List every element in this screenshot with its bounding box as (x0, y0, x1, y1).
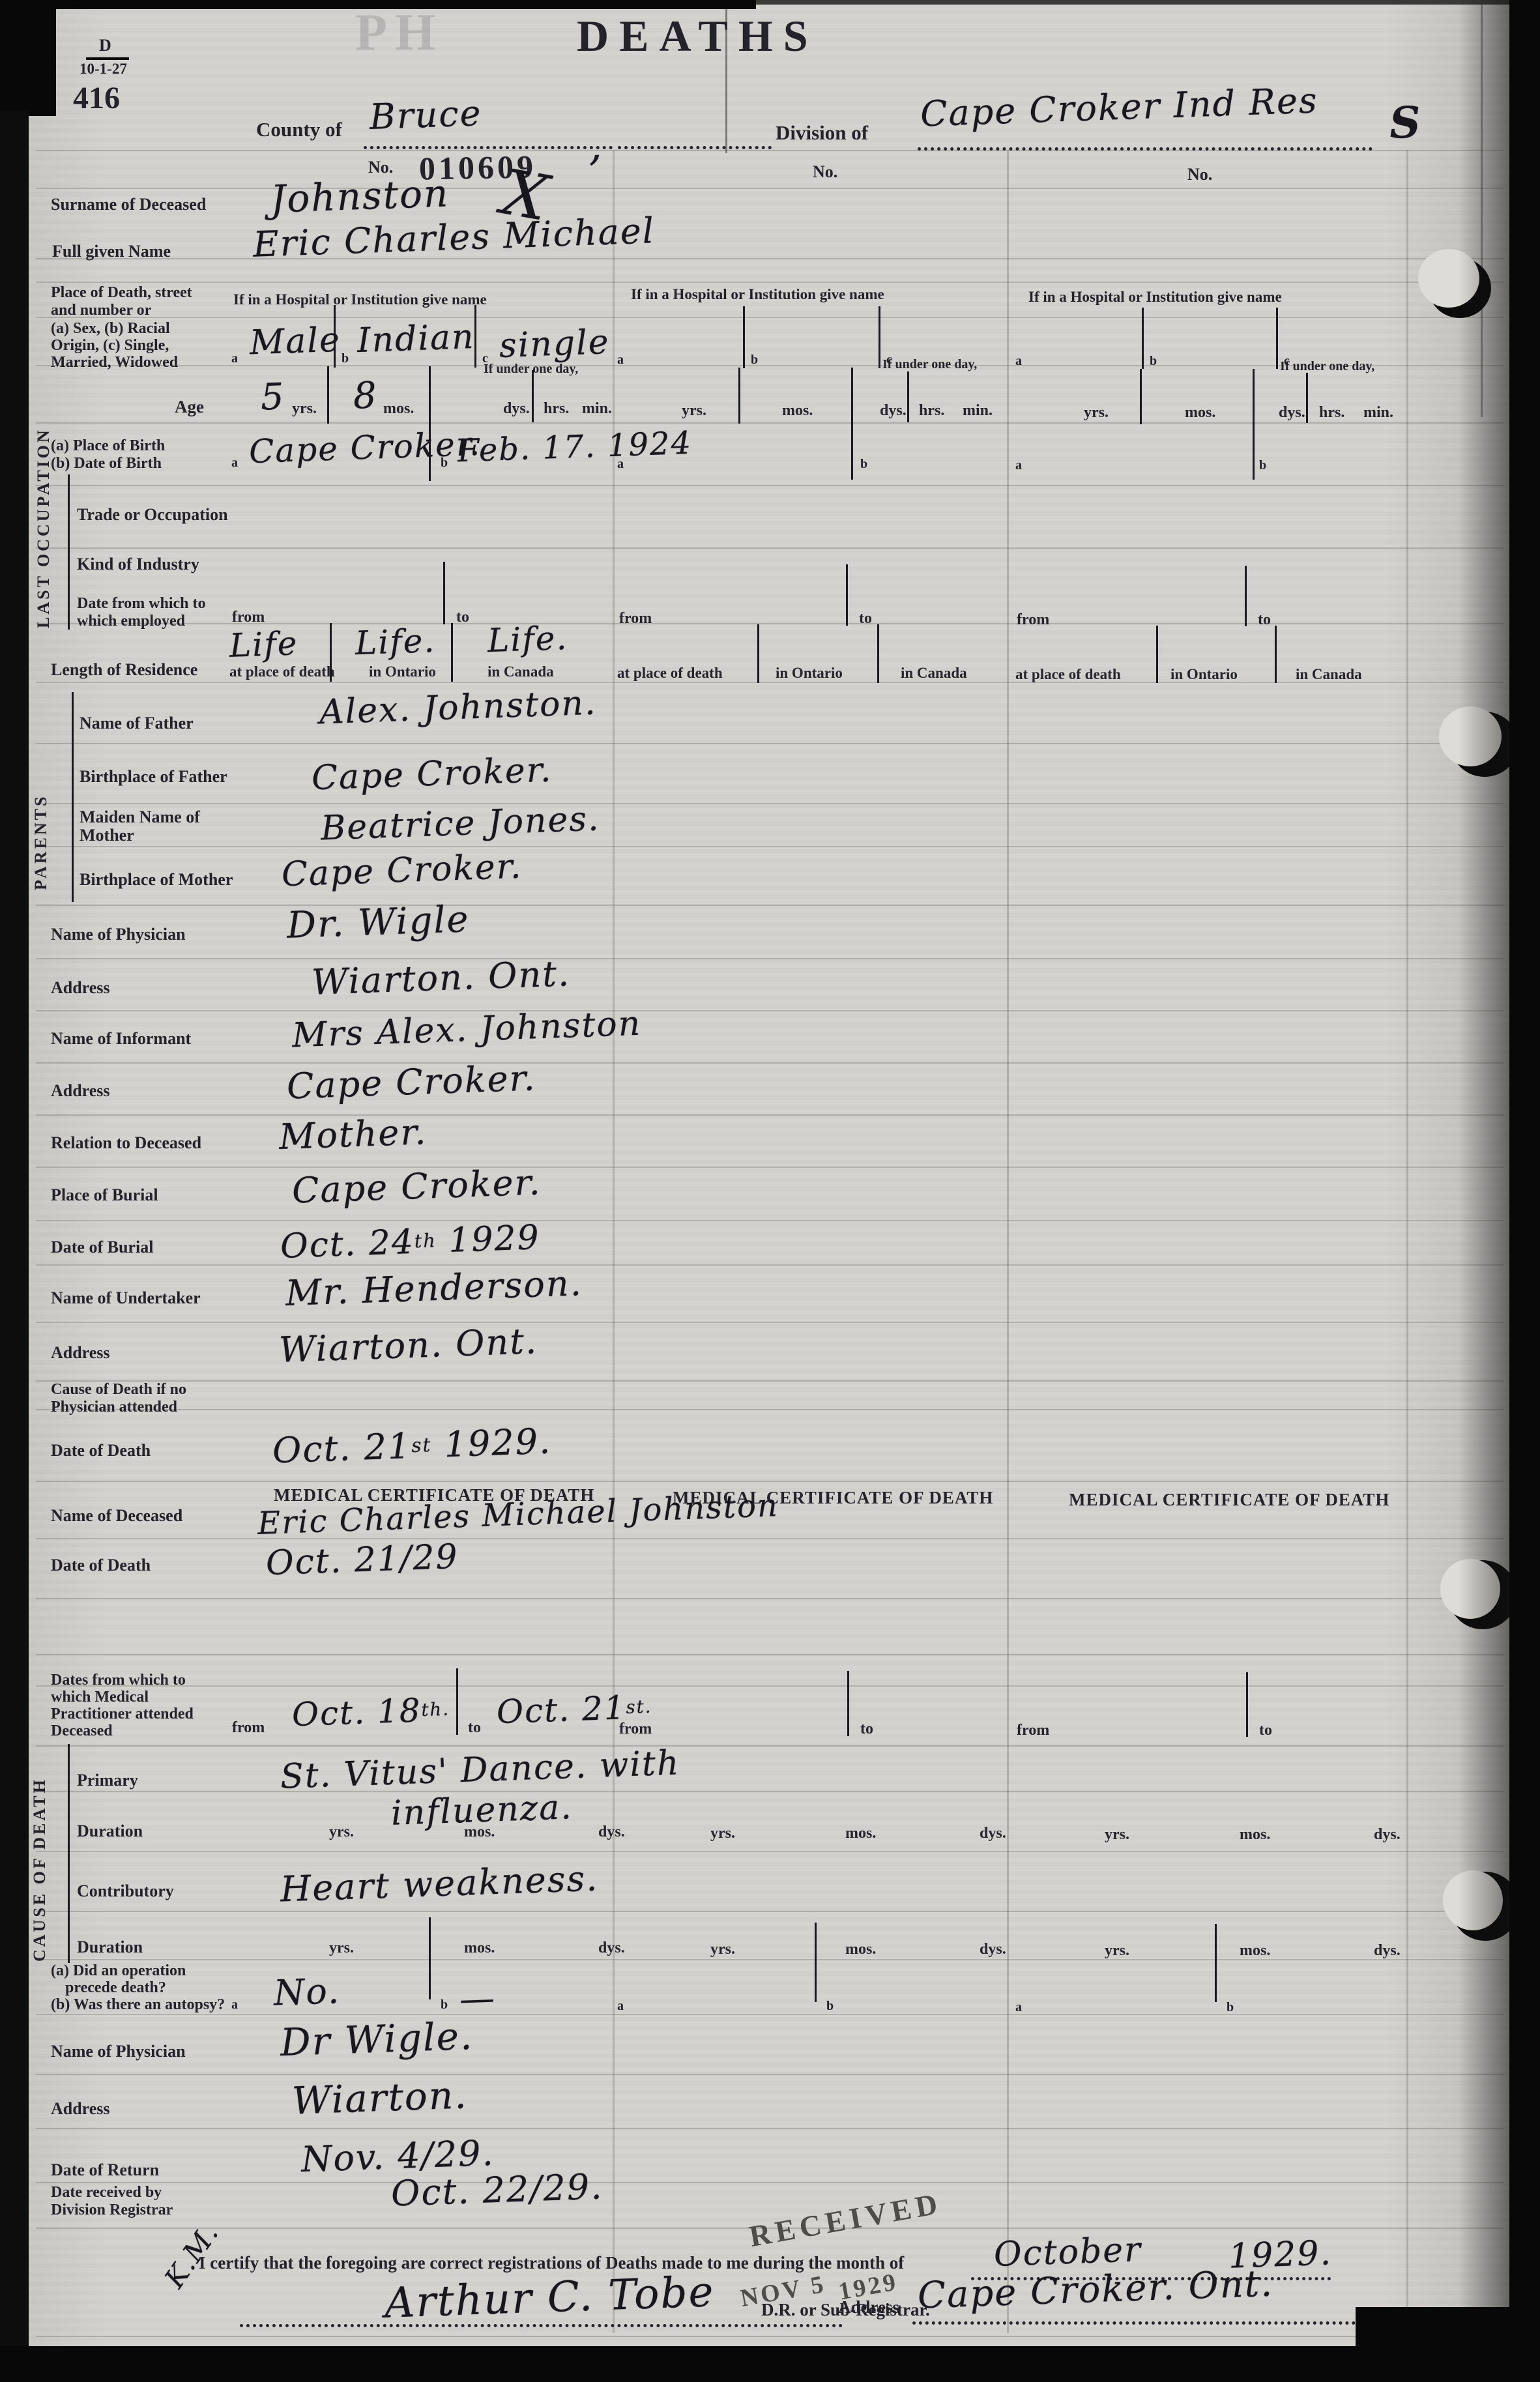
duration-label: Duration (77, 1822, 143, 1840)
unit-in-canada: in Canada (487, 663, 554, 680)
unit-mos: mos. (464, 1823, 495, 1841)
unit-dys: dys. (980, 1941, 1006, 1958)
column-tick (1156, 626, 1158, 683)
unit-dys: dys. (598, 1823, 625, 1841)
rule-line (36, 846, 1504, 847)
contributory-label: Contributory (77, 1882, 174, 1900)
dotted-line (240, 2324, 843, 2327)
attended-from-main: Oct. 18 (291, 1691, 422, 1734)
marker-b: b (441, 456, 448, 470)
unit-dys: dys. (503, 400, 530, 418)
marker-a: a (1015, 459, 1022, 472)
cert-deceased-label: Name of Deceased (51, 1507, 182, 1524)
county-value: Bruce (369, 96, 482, 135)
rule-line (36, 2182, 1504, 2183)
surname-value: Johnston (270, 174, 450, 218)
column-tick (1276, 308, 1278, 369)
column-tick (757, 624, 759, 683)
section-parents: PARENTS (31, 756, 51, 890)
primary-cause-value: St. Vitus' Dance. with (280, 1746, 680, 1794)
mother-maiden-value: Beatrice Jones. (320, 802, 600, 846)
county-label: County of (256, 119, 342, 141)
residence-place-value: Life (229, 627, 298, 662)
unit-mos: mos. (383, 400, 414, 418)
rule-line (36, 1538, 1504, 1539)
death-date-label: Date of Death (51, 1442, 151, 1459)
undertaker-address-value: Wiarton. Ont. (278, 1324, 538, 1368)
rule-line (36, 1598, 1504, 1599)
column-tick (1246, 1672, 1248, 1737)
column-tick (1306, 373, 1308, 423)
column-tick (851, 368, 853, 480)
column-tick (1215, 1924, 1217, 2002)
column-tick (1275, 626, 1277, 683)
death-date-value: Oct. 21st 1929. (272, 1424, 552, 1469)
attended-from-value: Oct. 18th. (291, 1693, 450, 1731)
rule-line (36, 905, 1504, 906)
scan-edge-bottom (0, 2346, 1540, 2382)
undertaker-value: Mr. Henderson. (285, 1266, 583, 1311)
unit-dys: dys. (1374, 1942, 1401, 1960)
death-date-suffix: st (411, 1434, 432, 1457)
cert-death-date-value: Oct. 21/29 (265, 1540, 459, 1580)
father-label: Name of Father (80, 714, 194, 732)
under-one-day-note: If under one day, (484, 362, 578, 376)
burial-date-year: 1929 (448, 1218, 540, 1260)
certificate-header-col3: MEDICAL CERTIFICATE OF DEATH (1069, 1490, 1389, 1509)
marker-a: a (1015, 2001, 1022, 2014)
rule-line (36, 1911, 1504, 1912)
marker-b: b (441, 1998, 448, 2012)
form-code-denominator: 10-1-27 (80, 61, 127, 77)
rule-line (36, 1322, 1504, 1323)
column-tick (815, 1923, 817, 2002)
column-tick (1245, 566, 1247, 626)
column-tick (879, 306, 880, 368)
cert-death-date-label: Date of Death (51, 1556, 151, 1574)
marker-a: a (1015, 355, 1022, 368)
residence-ontario-value: Life. (355, 624, 436, 660)
industry-label: Kind of Industry (77, 555, 199, 573)
marker-b: b (341, 352, 349, 366)
duration-label: Duration (77, 1938, 143, 1956)
return-date-label: Date of Return (51, 2161, 159, 2179)
physician-label: Name of Physician (51, 925, 186, 943)
unit-hrs: hrs. (1319, 404, 1344, 422)
unit-mos: mos. (845, 1825, 876, 1842)
sex-label: Married, Widowed (51, 355, 178, 371)
attended-label: which Medical (51, 1689, 149, 1706)
physician-address-label: Address (51, 979, 110, 996)
age-label: Age (175, 398, 204, 416)
rule-line (36, 1264, 1504, 1266)
under-one-day-note: If under one day, (882, 358, 977, 371)
unit-in-ontario: in Ontario (1170, 666, 1238, 683)
column-tick (474, 305, 476, 368)
marker-a: a (617, 458, 624, 471)
page-number: 416 (73, 82, 120, 115)
unit-at-place-of-death: at place of death (617, 665, 723, 682)
rule-line (36, 1685, 1504, 1687)
rule-line (36, 1167, 1504, 1168)
rule-line (36, 485, 1504, 486)
death-date-main: Oct. 21 (272, 1425, 412, 1471)
unit-yrs: yrs. (329, 1939, 354, 1957)
rule-line (36, 958, 1504, 959)
rule-line (36, 1654, 1504, 1655)
marker-a: a (231, 352, 238, 366)
burial-date-value: Oct. 24th 1929 (280, 1221, 540, 1264)
form-code-bar (86, 57, 129, 60)
operation-label: (b) Was there an autopsy? (51, 1997, 225, 2013)
unit-dys: dys. (1374, 1826, 1401, 1844)
marker-b: b (1150, 355, 1157, 368)
given-name-value: Eric Charles Michael (252, 213, 656, 263)
registrar-signature: Arthur C. Tobe (384, 2271, 715, 2325)
place-of-death-label: and number or (51, 302, 151, 319)
cert-physician-label: Name of Physician (51, 2042, 186, 2060)
column-tick (1253, 369, 1255, 480)
column-tick (334, 305, 336, 368)
unit-from: from (1017, 1722, 1049, 1739)
unit-in-ontario: in Ontario (776, 665, 843, 682)
father-value: Alex. Johnston. (319, 686, 597, 730)
trade-label: Trade or Occupation (77, 506, 228, 523)
scan-edge-left (0, 111, 29, 2382)
form-code-numerator: D (99, 36, 111, 54)
received-date-label: Date received by (51, 2185, 162, 2201)
received-date-value: Oct. 22/29. (390, 2169, 603, 2211)
sex-label: (a) Sex, (b) Racial (51, 321, 170, 337)
column-tick (451, 623, 453, 682)
informant-address-value: Cape Croker. (286, 1060, 536, 1104)
under-one-day-note: If under one day, (1280, 360, 1374, 373)
birth-label: (b) Date of Birth (51, 456, 162, 472)
rule-line (36, 2074, 1504, 2075)
rule-line (36, 282, 1504, 283)
column-crease (613, 150, 615, 2333)
dotted-line (918, 147, 1373, 151)
unit-to: to (1258, 611, 1271, 629)
father-birthplace-label: Birthplace of Father (80, 768, 227, 785)
unit-at-place-of-death: at place of death (229, 663, 335, 680)
unit-from: from (619, 610, 652, 628)
scan-edge-right (1509, 0, 1540, 2382)
rule-line (36, 1745, 1504, 1747)
column-crease (1406, 150, 1408, 2333)
dotted-line (912, 2321, 1356, 2325)
rule-line (36, 743, 1504, 744)
mother-birthplace-label: Birthplace of Mother (80, 871, 233, 888)
column-tick (330, 623, 332, 682)
marker-a: a (231, 1998, 238, 2012)
rule-line (36, 1114, 1504, 1116)
column-tick (443, 562, 445, 624)
father-birthplace-value: Cape Croker. (311, 753, 553, 796)
unit-yrs: yrs. (1105, 1826, 1129, 1844)
given-name-label: Full given Name (52, 242, 171, 260)
rule-line (36, 682, 1504, 683)
death-register-page: D 10-1-27 416 PH DEATHS County of Bruce … (0, 0, 1540, 2382)
section-bar (68, 474, 70, 630)
informant-label: Name of Informant (51, 1030, 191, 1047)
rule-line (36, 1851, 1504, 1852)
burial-place-label: Place of Burial (51, 1186, 158, 1204)
age-years-value: 5 (260, 379, 286, 416)
unit-yrs: yrs. (710, 1941, 735, 1958)
scan-edge-top-right (756, 0, 1540, 5)
unit-yrs: yrs. (682, 402, 706, 420)
scan-edge-right-gradient (1459, 0, 1515, 2382)
marker-a: a (231, 456, 238, 470)
unit-to: to (859, 610, 872, 628)
unit-in-canada: in Canada (1296, 666, 1362, 683)
operation-label: (a) Did an operation (51, 1963, 186, 1979)
residence-canada-value: Life. (487, 622, 568, 657)
birthdate-value: Feb. 17. 1924 (457, 428, 693, 467)
column-tick (429, 1917, 431, 1999)
burial-place-value: Cape Croker. (291, 1165, 542, 1208)
marker-a: a (617, 1999, 624, 2013)
unit-hrs: hrs. (544, 400, 569, 418)
unit-in-ontario: in Ontario (369, 663, 436, 680)
section-bar (72, 692, 74, 902)
attended-to-suffix: st. (626, 1696, 652, 1718)
section-cause-of-death: CAUSE OF DEATH (30, 1760, 50, 1962)
marker-b: b (1227, 2001, 1234, 2014)
column-tick (456, 1668, 458, 1735)
rule-line (36, 1481, 1504, 1482)
unit-dys: dys. (880, 402, 907, 420)
rule-line (36, 803, 1504, 804)
mother-maiden-label: Maiden Name of (80, 808, 200, 826)
unit-at-place-of-death: at place of death (1015, 666, 1121, 683)
unit-yrs: yrs. (1084, 404, 1109, 422)
marker-b: b (826, 1999, 834, 2013)
rule-line (36, 1409, 1504, 1410)
unit-to: to (468, 1719, 481, 1737)
cert-address-label: Address (51, 2100, 110, 2117)
rule-line (36, 1791, 1504, 1792)
division-value: Cape Croker Ind Res (920, 83, 1318, 132)
cause-no-physician-label: Physician attended (51, 1399, 177, 1416)
rule-line (36, 1062, 1504, 1064)
rule-line (36, 1959, 1504, 1960)
certify-statement: I certify that the foregoing are correct… (199, 2254, 904, 2272)
ink-flourish: S (1389, 100, 1423, 145)
rule-line (36, 188, 1504, 189)
rule-line (36, 1010, 1504, 1011)
no-label-col2: No. (813, 163, 837, 181)
unit-yrs: yrs. (710, 1825, 735, 1842)
informant-value: Mrs Alex. Johnston (291, 1007, 642, 1053)
unit-yrs: yrs. (329, 1823, 354, 1841)
attended-to-main: Oct. 21 (496, 1689, 626, 1731)
column-crease (1007, 150, 1009, 2333)
unit-to: to (860, 1721, 873, 1738)
cert-physician-value: Dr Wigle. (280, 2017, 474, 2061)
marker-b: b (751, 353, 758, 367)
unit-to: to (456, 609, 469, 626)
unit-dys: dys. (598, 1939, 625, 1957)
primary-label: Primary (77, 1771, 138, 1789)
hospital-note-col2: If in a Hospital or Institution give nam… (631, 287, 884, 302)
unit-yrs: yrs. (1105, 1942, 1129, 1960)
unit-from: from (232, 609, 265, 626)
attended-from-suffix: th. (421, 1699, 450, 1721)
age-months-value: 8 (353, 377, 379, 414)
column-tick (738, 368, 740, 424)
relation-value: Mother. (278, 1114, 428, 1155)
column-tick (1140, 369, 1142, 424)
ink-comma: , (588, 125, 604, 167)
unit-min: min. (1363, 404, 1393, 422)
place-of-death-label: Place of Death, street (51, 285, 192, 301)
employed-label: which employed (77, 613, 185, 630)
attended-label: Deceased (51, 1723, 113, 1739)
rule-line (36, 2014, 1504, 2015)
operation-label: precede death? (65, 1980, 166, 1996)
rule-line (36, 422, 1504, 424)
section-bar (68, 1744, 70, 1963)
residence-label: Length of Residence (51, 661, 197, 678)
unit-from: from (232, 1719, 265, 1737)
rule-line (36, 317, 1504, 318)
cert-address-value: Wiarton. (291, 2076, 468, 2119)
unit-yrs: yrs. (292, 400, 317, 418)
burial-date-label: Date of Burial (51, 1238, 153, 1256)
birth-label: (a) Place of Birth (51, 438, 165, 454)
rule-line (36, 1220, 1504, 1221)
physician-address-value: Wiarton. Ont. (311, 956, 571, 1000)
marker-b: b (860, 458, 867, 471)
unit-mos: mos. (1240, 1942, 1270, 1960)
relation-label: Relation to Deceased (51, 1134, 201, 1152)
footer-address-label: Address (838, 2298, 899, 2316)
column-tick (907, 371, 909, 422)
undertaker-label: Name of Undertaker (51, 1289, 201, 1307)
sex-label: Origin, (c) Single, (51, 338, 169, 354)
received-stamp-text: RECEIVED (747, 2186, 944, 2254)
column-tick (327, 366, 329, 424)
column-tick (743, 306, 745, 368)
physician-value: Dr. Wigle (286, 901, 470, 944)
unit-mos: mos. (464, 1939, 495, 1957)
received-date-label: Division Registrar (51, 2202, 173, 2218)
no-label-col3: No. (1187, 166, 1212, 183)
racial-origin-value: Indian (356, 320, 475, 358)
marker-a: a (617, 353, 624, 367)
rule-line (36, 2128, 1504, 2129)
cause-no-physician-label: Cause of Death if no (51, 1382, 186, 1398)
division-label: Division of (776, 123, 868, 144)
scan-edge-top (0, 0, 756, 9)
unit-mos: mos. (1240, 1826, 1270, 1844)
unit-mos: mos. (782, 402, 813, 420)
death-date-year: 1929. (443, 1421, 552, 1466)
informant-address-label: Address (51, 1082, 110, 1099)
burial-date-main: Oct. 24 (280, 1223, 415, 1266)
unit-hrs: hrs. (919, 402, 944, 420)
mother-birthplace-value: Cape Croker. (281, 850, 523, 892)
unit-dys: dys. (1279, 404, 1305, 422)
unit-mos: mos. (845, 1941, 876, 1958)
unit-to: to (1259, 1722, 1272, 1739)
employed-label: Date from which to (77, 596, 206, 612)
attended-label: Practitioner attended (51, 1706, 194, 1722)
autopsy-value: — (459, 1981, 497, 2017)
unit-from: from (619, 1721, 652, 1738)
surname-label: Surname of Deceased (51, 196, 206, 213)
column-tick (1142, 308, 1144, 369)
marker-b: b (1259, 459, 1266, 472)
burial-date-suffix: th (414, 1229, 437, 1252)
attended-label: Dates from which to (51, 1672, 186, 1689)
dotted-line (618, 146, 772, 149)
rule-line (36, 547, 1504, 549)
operation-value: No. (273, 1973, 341, 2011)
column-tick (846, 564, 848, 626)
certify-month-value: October (993, 2233, 1142, 2272)
rule-line (36, 2336, 1504, 2337)
hospital-note-col1: If in a Hospital or Institution give nam… (233, 292, 487, 308)
column-tick (532, 370, 534, 422)
hospital-note-col3: If in a Hospital or Institution give nam… (1028, 289, 1282, 305)
sex-value: Male (249, 323, 341, 360)
bleedthrough-watermark: PH (355, 5, 443, 60)
scan-edge-top-left (0, 0, 56, 116)
unit-in-canada: in Canada (901, 665, 967, 682)
column-tick (847, 1671, 849, 1736)
unit-from: from (1017, 611, 1049, 629)
page-title: DEATHS (577, 13, 819, 59)
marital-status-value: single (499, 325, 610, 363)
footer-address-value: Cape Croker. Ont. (917, 2265, 1274, 2314)
contributory-cause-value: Heart weakness. (280, 1861, 599, 1907)
unit-dys: dys. (980, 1825, 1006, 1842)
rule-line (36, 1380, 1504, 1382)
unit-min: min. (582, 400, 612, 418)
scan-edge-bottom-right (1356, 2307, 1540, 2382)
mother-maiden-label: Mother (80, 826, 134, 844)
undertaker-address-label: Address (51, 1344, 110, 1361)
unit-mos: mos. (1185, 404, 1215, 422)
unit-min: min. (963, 402, 993, 420)
column-tick (877, 624, 879, 683)
section-last-occupation: LAST OCCUPATION (34, 477, 53, 628)
